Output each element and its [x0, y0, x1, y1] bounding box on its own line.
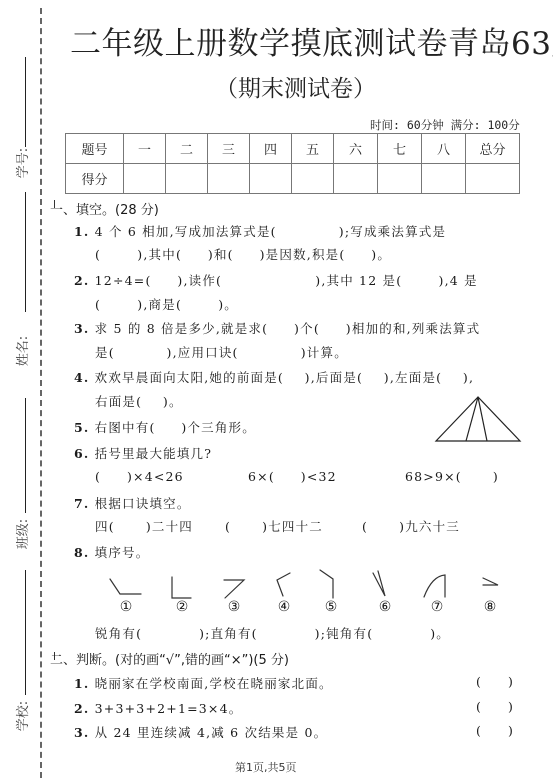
- judgment-item-1: 1. 晓丽家在学校南面,学校在晓丽家北面。: [74, 674, 333, 692]
- judgment-answer-blank-2[interactable]: ( ): [476, 699, 514, 714]
- angle-figure-3: [224, 580, 244, 598]
- angle-figure-5: [320, 570, 333, 598]
- figure-label-6: ⑥: [375, 599, 395, 615]
- question-8-answer-line: 锐角有( );直角有( );钝角有( )。: [95, 624, 450, 642]
- angle-figure-4: [277, 573, 290, 596]
- question-text: 从 24 里连续减 4,减 6 次结果是 0。: [95, 725, 328, 740]
- question-number: 2.: [74, 701, 89, 716]
- judgment-answer-blank-3[interactable]: ( ): [476, 723, 514, 738]
- angle-figure-6: [373, 571, 385, 596]
- angle-figure-8: [483, 578, 498, 585]
- angle-figure-1: [110, 579, 141, 594]
- judgment-item-3: 3. 从 24 里连续减 4,减 6 次结果是 0。: [74, 723, 327, 741]
- section-heading-judgment: 二、判断。(对的画“√”,错的画“×”)(5 分): [50, 649, 289, 668]
- figure-label-2: ②: [172, 599, 192, 615]
- question-number: 1.: [74, 676, 89, 691]
- figure-label-7: ⑦: [427, 599, 447, 615]
- figure-label-3: ③: [224, 599, 244, 615]
- figure-label-4: ④: [274, 599, 294, 615]
- question-text: 3+3+3+2+1=3×4。: [95, 701, 243, 716]
- figure-label-1: ①: [116, 599, 136, 615]
- figure-label-5: ⑤: [321, 599, 341, 615]
- figure-label-8: ⑧: [480, 599, 500, 615]
- page-number: 第1页,共5页: [235, 759, 297, 775]
- judgment-item-2: 2. 3+3+3+2+1=3×4。: [74, 699, 242, 717]
- question-number: 3.: [74, 725, 89, 740]
- question-text: 晓丽家在学校南面,学校在晓丽家北面。: [95, 676, 333, 691]
- judgment-answer-blank-1[interactable]: ( ): [476, 674, 514, 689]
- angle-figure-7: [424, 575, 445, 597]
- angle-figure-2: [172, 577, 191, 598]
